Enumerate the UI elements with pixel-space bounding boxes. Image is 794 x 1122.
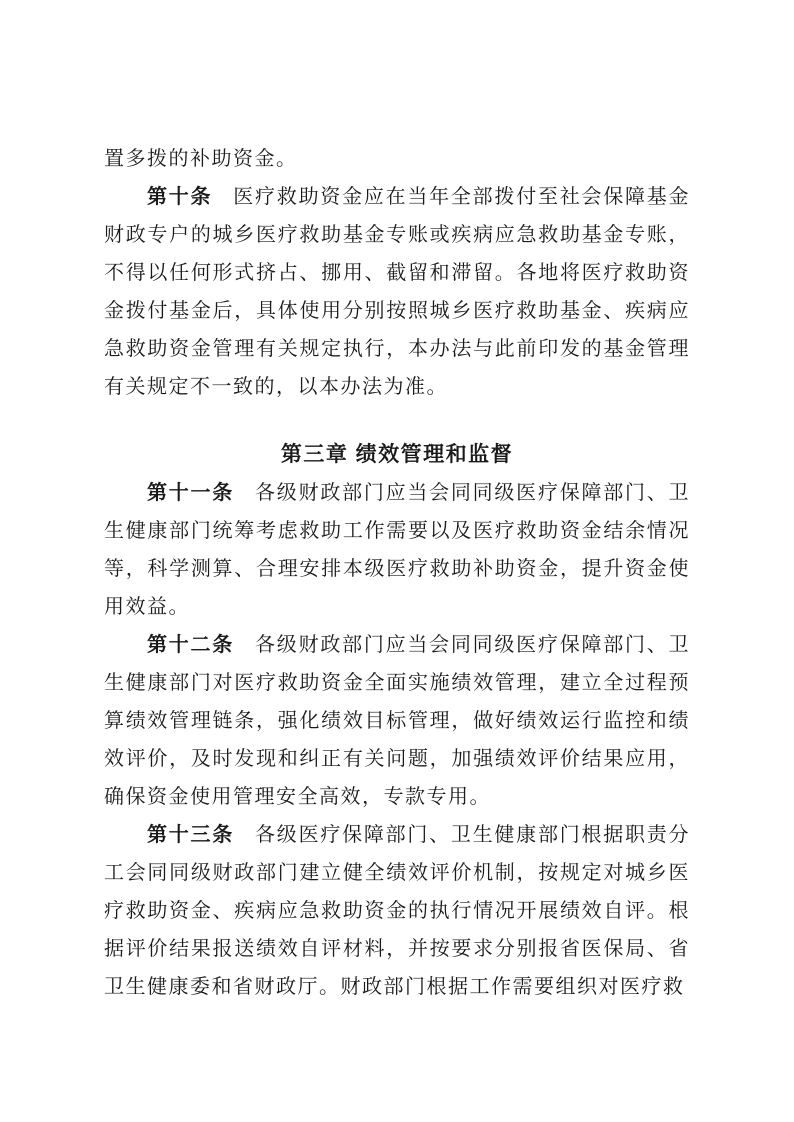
article-10-number: 第十条	[147, 186, 212, 208]
article-13-paragraph: 第十三条各级医疗保障部门、卫生健康部门根据职责分工会同同级财政部门建立健全绩效评…	[104, 816, 690, 1006]
document-page: 置多拨的补助资金。 第十条医疗救助资金应在当年全部拨付至社会保障基金财政专户的城…	[0, 0, 794, 1122]
article-11-number: 第十一条	[147, 482, 234, 504]
chapter-heading: 第三章 绩效管理和监督	[104, 436, 690, 474]
article-12-number: 第十二条	[147, 634, 234, 656]
paragraph-continuation: 置多拨的补助资金。	[104, 140, 690, 178]
article-12-text: 各级财政部门应当会同同级医疗保障部门、卫生健康部门对医疗救助资金全面实施绩效管理…	[104, 634, 690, 808]
article-11-paragraph: 第十一条各级财政部门应当会同同级医疗保障部门、卫生健康部门统筹考虑救助工作需要以…	[104, 474, 690, 626]
article-13-number: 第十三条	[147, 824, 234, 846]
article-10-text: 医疗救助资金应在当年全部拨付至社会保障基金财政专户的城乡医疗救助基金专账或疾病应…	[104, 186, 690, 398]
article-10-paragraph: 第十条医疗救助资金应在当年全部拨付至社会保障基金财政专户的城乡医疗救助基金专账或…	[104, 178, 690, 406]
article-12-paragraph: 第十二条各级财政部门应当会同同级医疗保障部门、卫生健康部门对医疗救助资金全面实施…	[104, 626, 690, 816]
article-13-text: 各级医疗保障部门、卫生健康部门根据职责分工会同同级财政部门建立健全绩效评价机制，…	[104, 824, 690, 998]
